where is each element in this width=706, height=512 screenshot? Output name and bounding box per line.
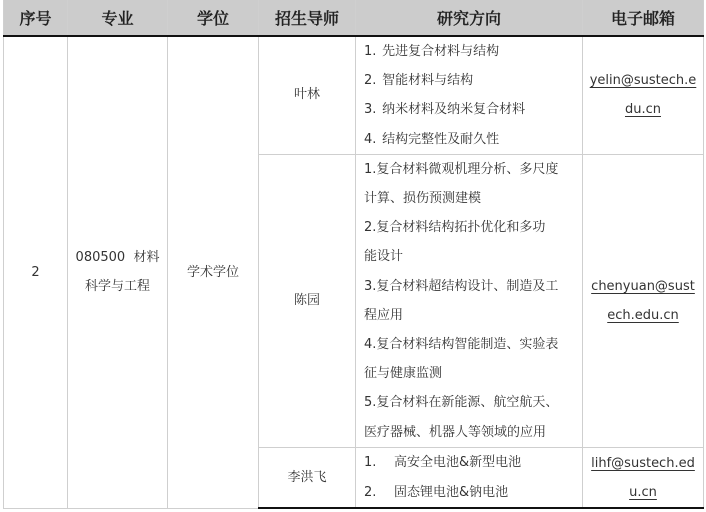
research-line: 医疗器械、机器人等领域的应用 [364,418,576,447]
admissions-table: 序号 专业 学位 招生导师 研究方向 电子邮箱 2 080500 材料 科学与工… [3,0,704,509]
advisor-name: 叶林 [294,87,320,102]
research-cell-chenyuan: 1.复合材料微观机理分析、多尺度 计算、损伤预测建模 2.复合材料结构拓扑优化和… [356,154,583,447]
table-row-yelin: 2 080500 材料 科学与工程 学术学位 叶林 1. 先进复合材料与结构 2… [4,36,704,154]
header-research: 研究方向 [356,0,583,36]
header-major: 专业 [68,0,168,36]
email-cell-chenyuan: chenyuan@sust ech.edu.cn [583,154,704,447]
research-line: 2.复合材料结构拓扑优化和多功 [364,213,576,242]
research-item: 4. 结构完整性及耐久性 [364,125,576,154]
research-cell-yelin: 1. 先进复合材料与结构 2. 智能材料与结构 3. 纳米材料及纳米复合材料 4… [356,36,583,154]
email-link-lihongfei[interactable]: lihf@sustech.ed u.cn [591,456,695,500]
degree-value: 学术学位 [187,265,239,280]
advisor-name: 李洪飞 [287,470,326,485]
research-line: 5.复合材料在新能源、航空航天、 [364,388,576,417]
page: 序号 专业 学位 招生导师 研究方向 电子邮箱 2 080500 材料 科学与工… [0,0,706,512]
header-email: 电子邮箱 [583,0,704,36]
research-item: 2. 智能材料与结构 [364,66,576,95]
advisor-name: 陈园 [294,293,320,308]
research-cell-lihongfei: 1.高安全电池&新型电池 2.固态锂电池&钠电池 [356,447,583,508]
research-item: 1.高安全电池&新型电池 [364,448,576,477]
research-item: 3. 纳米材料及纳米复合材料 [364,95,576,124]
research-item: 1. 先进复合材料与结构 [364,37,576,66]
major-line-2: 科学与工程 [68,272,167,301]
header-row: 序号 专业 学位 招生导师 研究方向 电子邮箱 [4,0,704,36]
research-line: 3.复合材料超结构设计、制造及工 [364,272,576,301]
research-line: 计算、损伤预测建模 [364,184,576,213]
header-seq: 序号 [4,0,68,36]
email-cell-yelin: yelin@sustech.e du.cn [583,36,704,154]
research-line: 征与健康监测 [364,359,576,388]
research-line: 1.复合材料微观机理分析、多尺度 [364,155,576,184]
major-cell: 080500 材料 科学与工程 [68,36,168,508]
email-link-chenyuan[interactable]: chenyuan@sust ech.edu.cn [591,279,695,323]
header-advisor: 招生导师 [259,0,356,36]
degree-cell: 学术学位 [168,36,259,508]
seq-cell: 2 [4,36,68,508]
research-line: 4.复合材料结构智能制造、实验表 [364,330,576,359]
research-line: 能设计 [364,242,576,271]
major-line-1: 080500 材料 [68,243,167,272]
research-line: 程应用 [364,301,576,330]
advisor-cell-chenyuan: 陈园 [259,154,356,447]
email-cell-lihongfei: lihf@sustech.ed u.cn [583,447,704,508]
research-item: 2.固态锂电池&钠电池 [364,478,576,507]
email-link-yelin[interactable]: yelin@sustech.e du.cn [590,73,697,117]
header-degree: 学位 [168,0,259,36]
advisor-cell-yelin: 叶林 [259,36,356,154]
seq-value: 2 [31,265,39,280]
advisor-cell-lihongfei: 李洪飞 [259,447,356,508]
